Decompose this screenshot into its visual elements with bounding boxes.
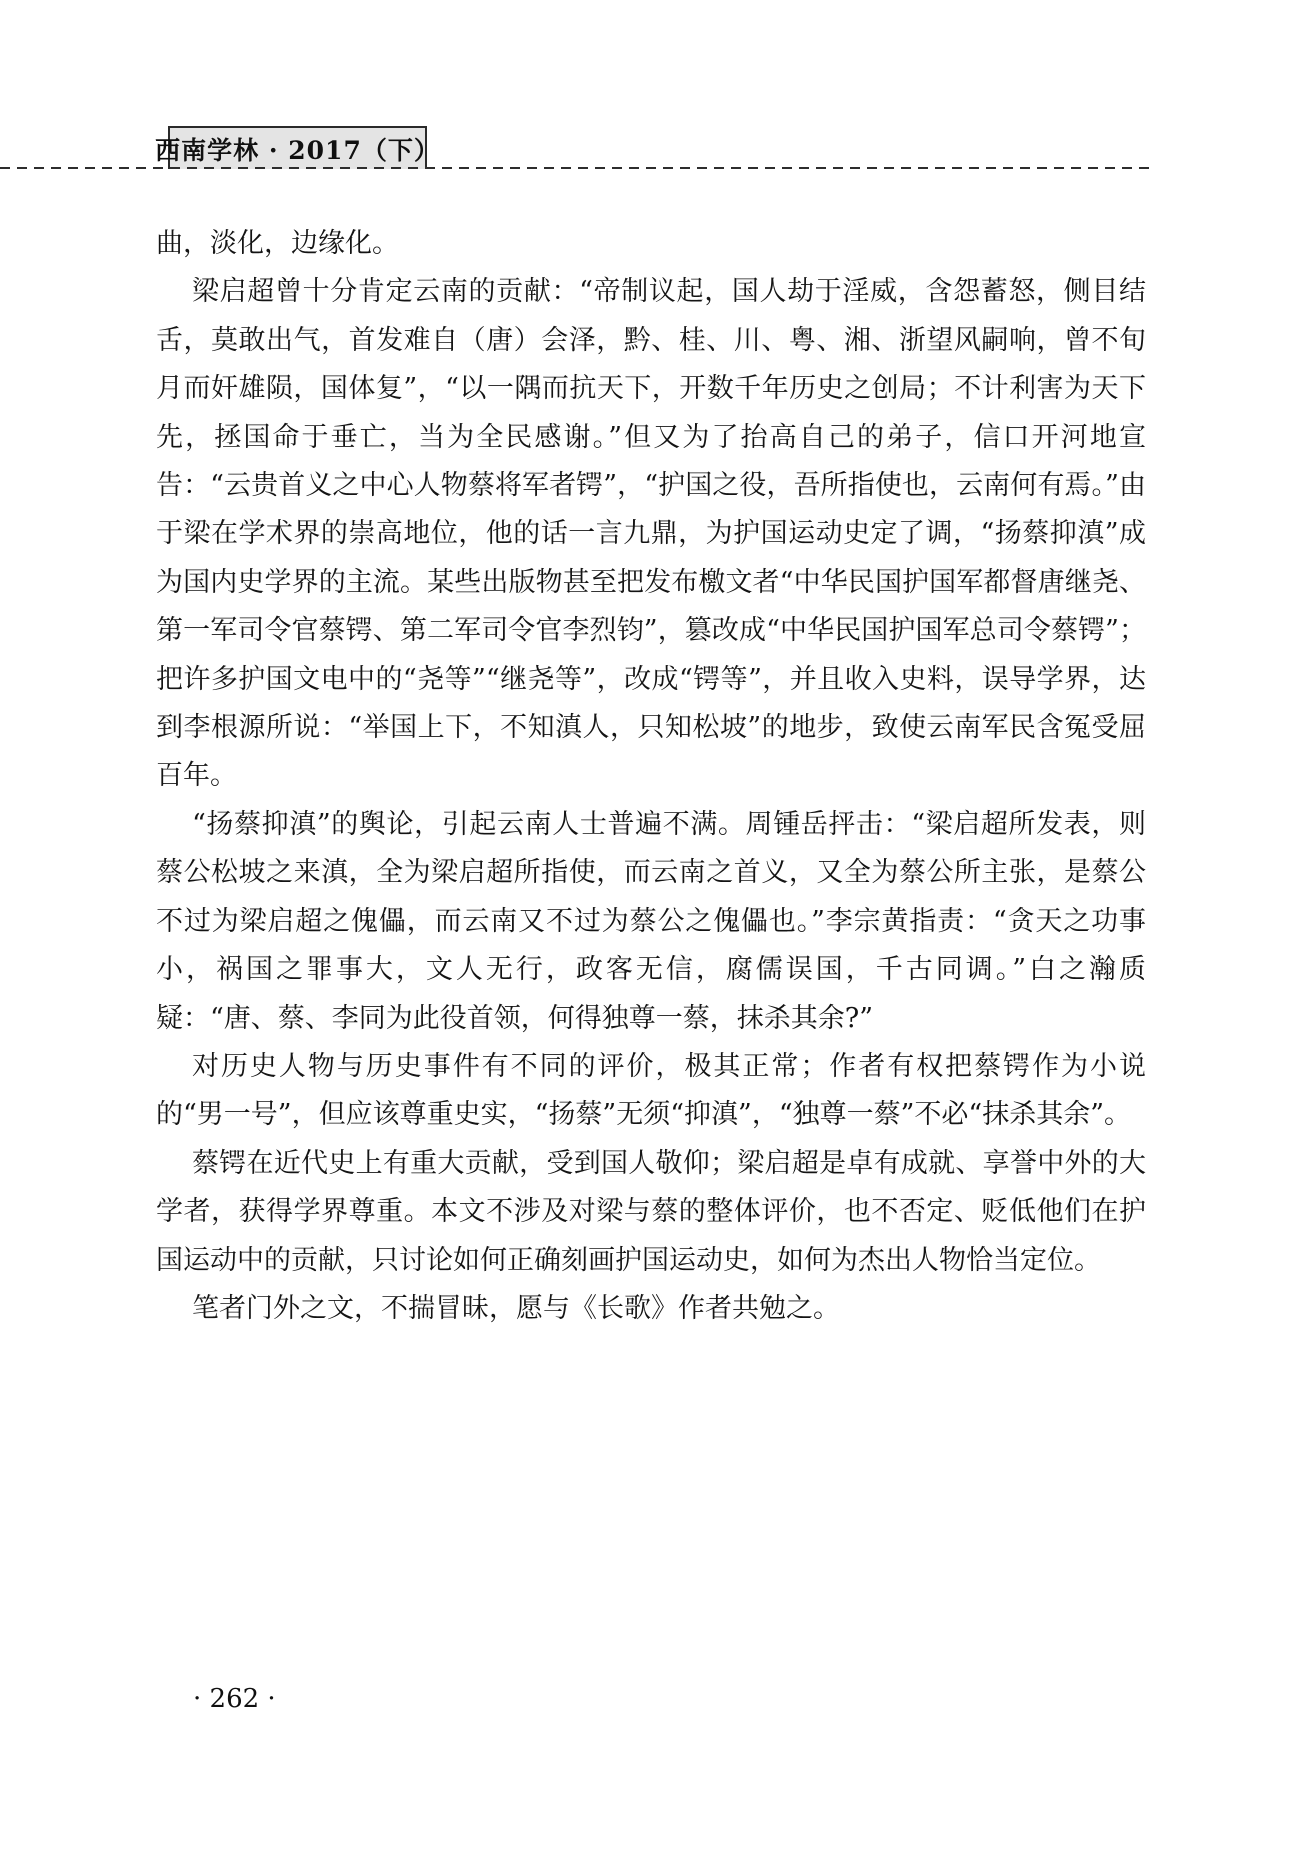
- page-number: · 262 ·: [193, 1684, 276, 1714]
- paragraph: 笔者门外之文，不揣冒昧，愿与《长歌》作者共勉之。: [156, 1285, 1146, 1333]
- paragraph: 蔡锷在近代史上有重大贡献，受到国人敬仰；梁启超是卓有成就、享誉中外的大学者，获得…: [156, 1140, 1146, 1285]
- running-header-title: 西南学林 · 2017（下）: [155, 131, 440, 167]
- paragraph: “扬蔡抑滇”的舆论，引起云南人士普遍不满。周锺岳抨击：“梁启超所发表，则蔡公松坡…: [156, 801, 1146, 1043]
- header-divider-dashed-rule: [0, 167, 1155, 169]
- paragraph-continuation: 曲，淡化，边缘化。: [156, 220, 1146, 268]
- book-page: 西南学林 · 2017（下） 曲，淡化，边缘化。 梁启超曾十分肯定云南的贡献：“…: [0, 0, 1307, 1859]
- paragraph: 梁启超曾十分肯定云南的贡献：“帝制议起，国人劫于淫威，含怨蓄怒，侧目结舌，莫敢出…: [156, 268, 1146, 800]
- article-body: 曲，淡化，边缘化。 梁启超曾十分肯定云南的贡献：“帝制议起，国人劫于淫威，含怨蓄…: [156, 220, 1146, 1333]
- running-header: 西南学林 · 2017（下）: [168, 126, 427, 169]
- paragraph: 对历史人物与历史事件有不同的评价，极其正常；作者有权把蔡锷作为小说的“男一号”，…: [156, 1043, 1146, 1140]
